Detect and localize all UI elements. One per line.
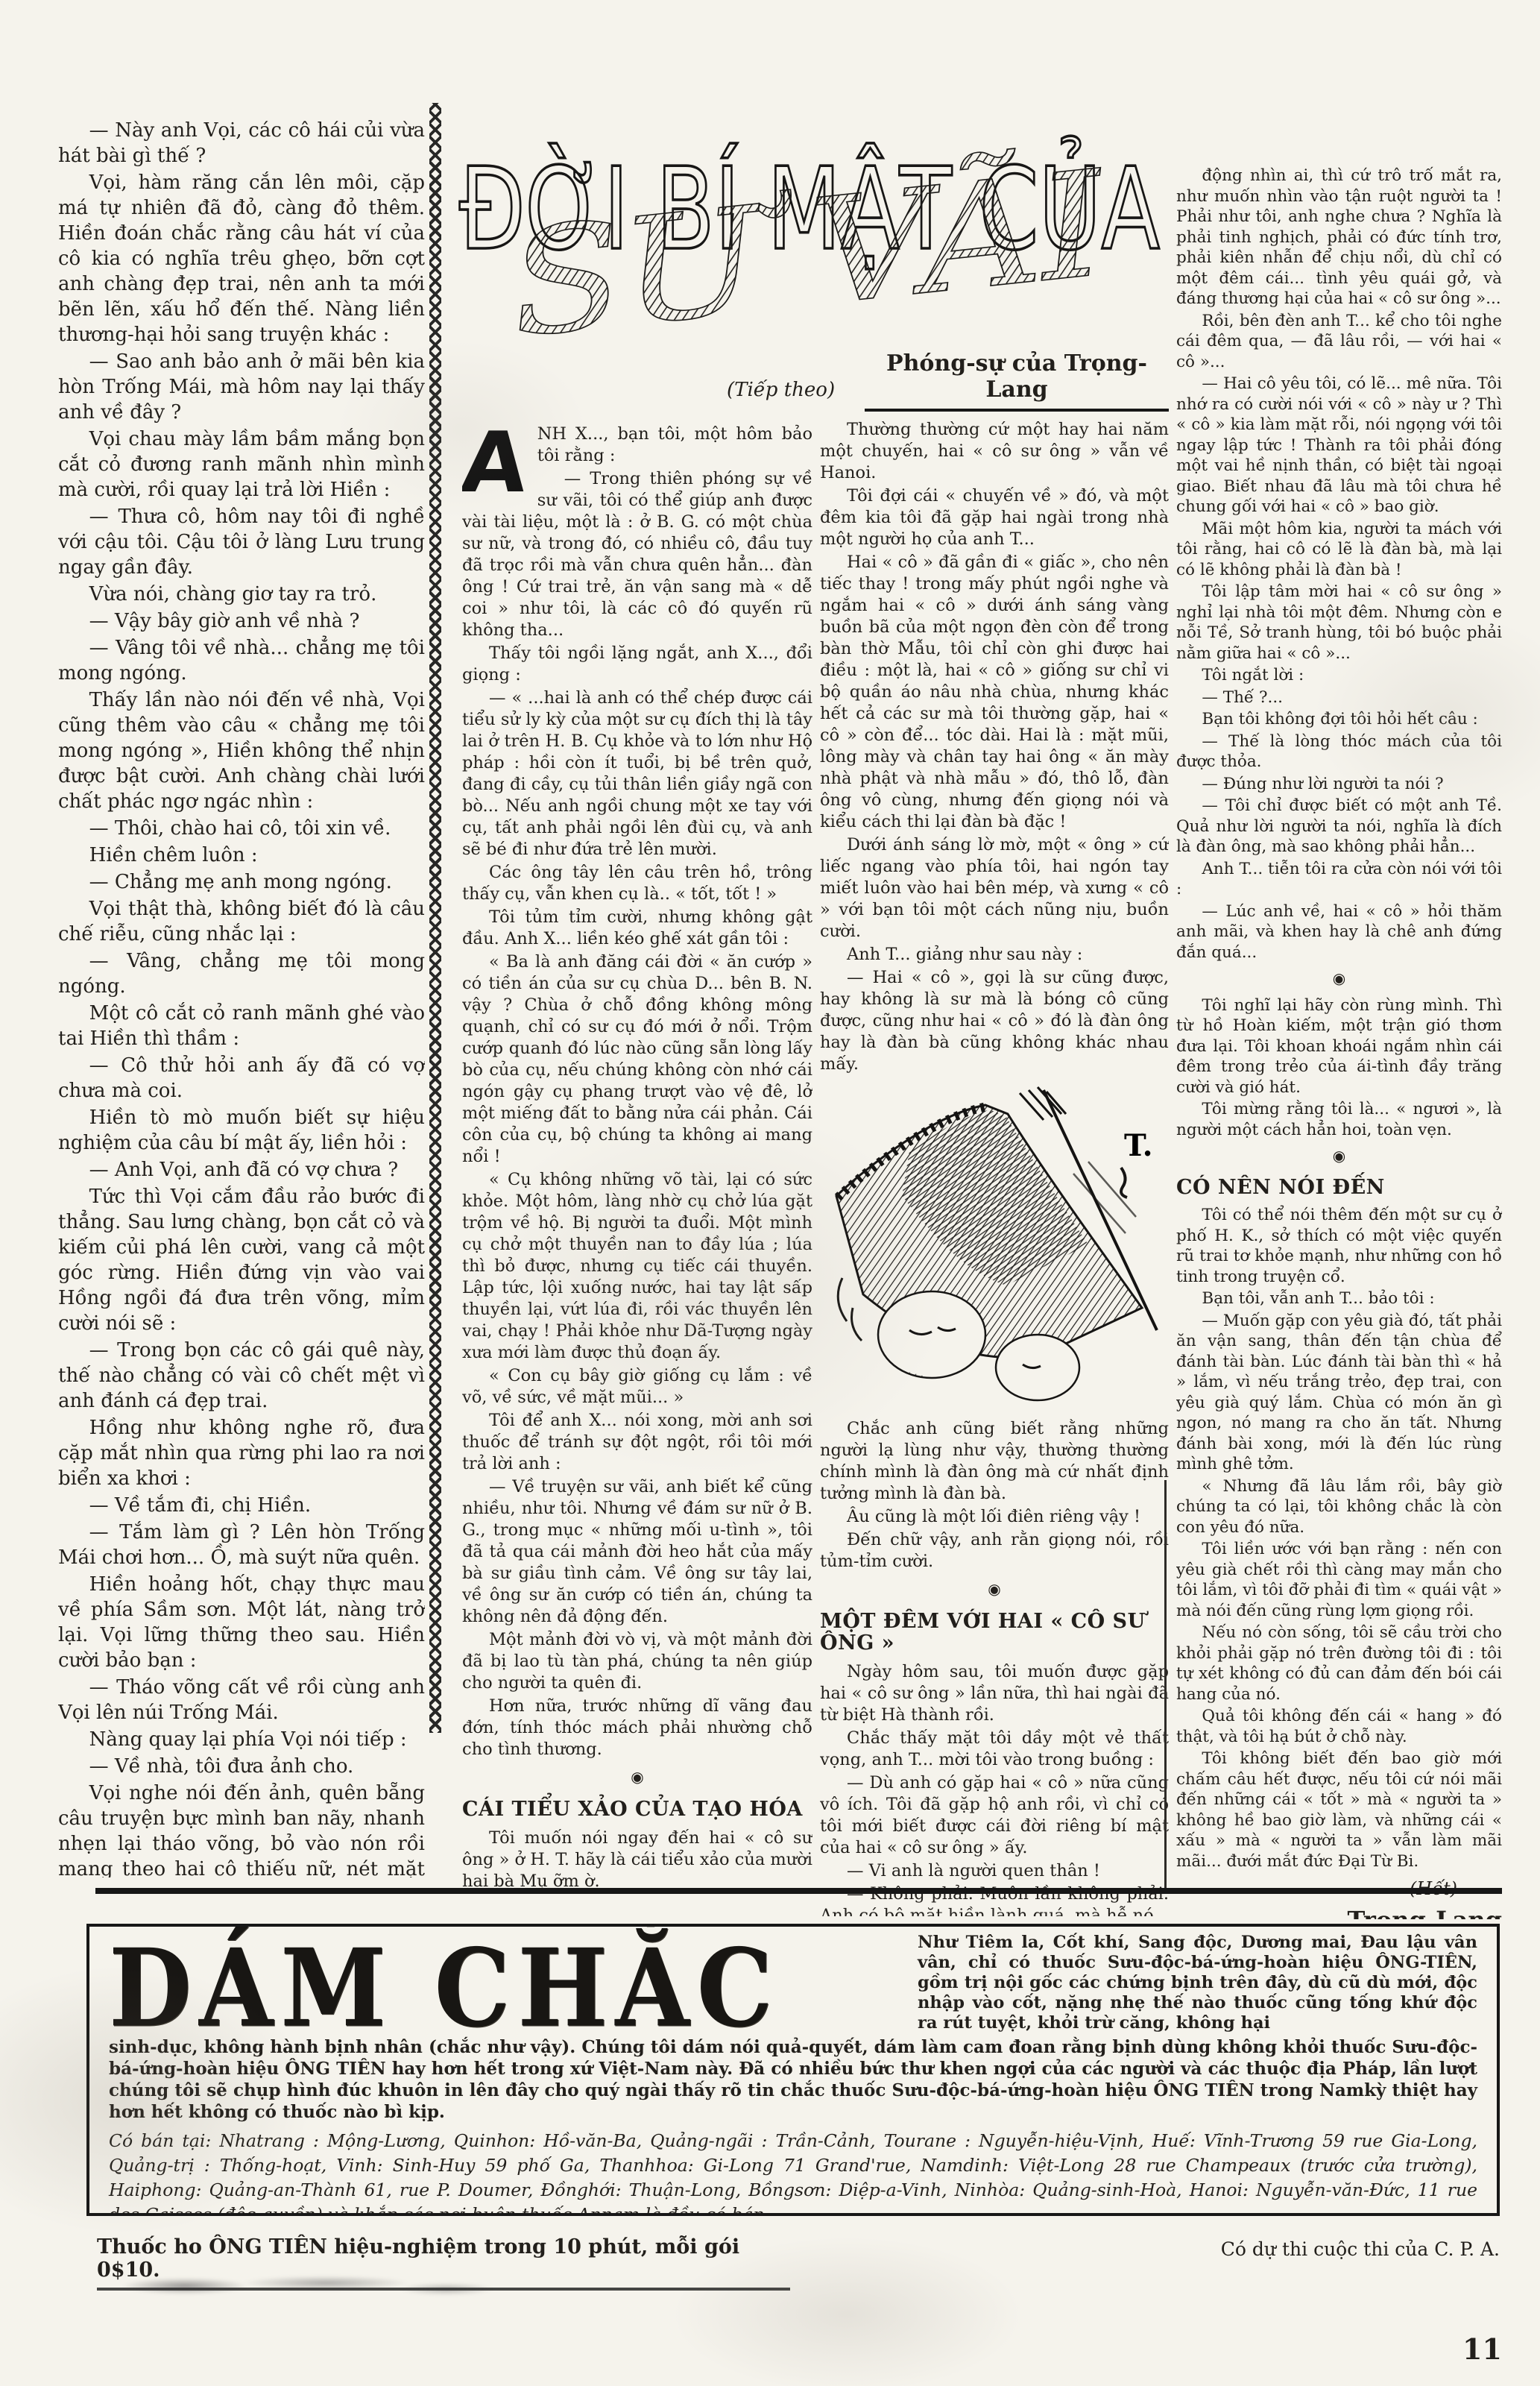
feature-paragraph: Tôi mừng rằng tôi là... « ngươi », là ng… [1176, 1099, 1502, 1140]
story-paragraph: Hiền chêm luôn : [58, 843, 425, 868]
feature-paragraph: Mãi một hôm kia, người ta mách với tôi r… [1176, 519, 1502, 581]
story-paragraph: Tức thì Vọi cắm đầu rảo bước đi thẳng. S… [58, 1184, 425, 1336]
section-heading: CÓ NÊN NÓI ĐẾN [1176, 1177, 1502, 1198]
feature-paragraph: Quả tôi không đến cái « hang » đó thật, … [1176, 1706, 1502, 1747]
feature-paragraph: — Lúc anh về, hai « cô » hỏi thăm anh mã… [1176, 901, 1502, 963]
column-rule [1164, 1480, 1167, 1889]
story-paragraph: — Này anh Vọi, các cô hái củi vừa hát bà… [58, 118, 425, 169]
feature-paragraph: động nhìn ai, thì cứ trô trố mắt ra, như… [1176, 166, 1502, 309]
story-paragraph: — Thưa cô, hôm nay tôi đi nghề với cậu t… [58, 504, 425, 580]
story-paragraph: — Anh Vọi, anh đã có vợ chưa ? [58, 1157, 425, 1183]
feature-paragraph: — Thế ?... [1176, 687, 1502, 708]
feature-paragraph: Chắc thấy mặt tôi dầy một vẻ thất vọng, … [820, 1728, 1169, 1771]
feature-paragraph: Hai « cô » đã gần đi « giấc », cho nên t… [820, 552, 1169, 833]
ad-top-rule [95, 1888, 1502, 1894]
feature-paragraph: Tôi tủm tỉm cười, nhưng không gật đầu. A… [462, 907, 812, 950]
illustration-signature: T. [1124, 1128, 1153, 1163]
page-number: 11 [1462, 2332, 1502, 2366]
section-heading: MỘT ĐÊM VỚI HAI « CÔ SƯ ÔNG » [820, 1611, 1169, 1654]
ad-top-row: DÁM CHẮC Như Tiêm la, Cốt khí, Sang độc,… [109, 1933, 1477, 2033]
feature-paragraph: Tôi không biết đến bao giờ mới chấm câu … [1176, 1748, 1502, 1872]
feature-column-3: động nhìn ai, thì cứ trô trố mắt ra, như… [1176, 166, 1502, 1919]
ad-outlets: Có bán tại: Nhatrang : Mộng-Lương, Quinh… [109, 2129, 1477, 2216]
feature-paragraph: Chắc anh cũng biết rằng những người lạ l… [820, 1418, 1169, 1505]
byline: Phóng-sự của Trọng-Lang [865, 350, 1169, 412]
feature-paragraph: « Cụ không những võ tài, lại có sức khỏe… [462, 1169, 812, 1364]
ink-smudge [104, 2271, 507, 2301]
feature-paragraph: « Nhưng đã lâu lắm rồi, bây giờ chúng ta… [1176, 1476, 1502, 1538]
feature-paragraph: Tôi có thể nói thêm đến một sư cụ ở phố … [1176, 1205, 1502, 1287]
story-paragraph: Vọi, hàm răng cắn lên môi, cặp má tự nhi… [58, 170, 425, 347]
feature-paragraph: Tôi để anh X... nói xong, mời anh sơi th… [462, 1410, 812, 1475]
ad-intro: Như Tiêm la, Cốt khí, Sang độc, Dương ma… [918, 1933, 1477, 2033]
feature-headline: ĐỜI BÍ MẬT CỦA SƯ VÃI [456, 95, 1166, 355]
story-paragraph: — Chẳng mẹ anh mong ngóng. [58, 869, 425, 895]
feature-paragraph: Tôi ngắt lời : [1176, 665, 1502, 686]
feature-paragraph: Nếu nó còn sống, tôi sẽ cầu trời cho khỏ… [1176, 1622, 1502, 1704]
section-divider-icon: ◉ [1176, 1146, 1502, 1167]
feature-paragraph: Thường thường cứ một hay hai năm một chu… [820, 419, 1169, 484]
story-paragraph: Hiền hoảng hốt, chạy thực mau về phía Sầ… [58, 1572, 425, 1673]
feature-paragraph: Đến chữ vậy, anh rằn giọng nói, rồi tủm-… [820, 1529, 1169, 1573]
feature-paragraph: — Dù anh có gặp hai « cô » nữa cũng vô í… [820, 1772, 1169, 1859]
section-heading: CÁI TIỂU XẢO CỦA TẠO HÓA [462, 1798, 812, 1820]
footer-contest-line: Có dự thi cuộc thi của C. P. A. [1163, 2238, 1500, 2260]
story-paragraph: — Vâng, chẳng mẹ tôi mong ngóng. [58, 948, 425, 999]
feature-paragraph: — Vi anh là người quen thân ! [820, 1860, 1169, 1882]
chain-border-ornament [429, 103, 441, 1733]
story-paragraph: — Vậy bây giờ anh về nhà ? [58, 608, 425, 634]
feature-paragraph: Tôi liền ước với bạn rằng : nến con yêu … [1176, 1539, 1502, 1621]
story-paragraph: — Về nhà, tôi đưa ảnh cho. [58, 1754, 425, 1779]
story-paragraph: Vọi chau mày lầm bầm mắng bọn cắt cỏ đươ… [58, 426, 425, 503]
story-paragraph: — Tháo võng cất về rồi cùng anh Vọi lên … [58, 1675, 425, 1725]
feature-paragraph: Anh T... giảng như sau này : [820, 944, 1169, 966]
feature-author: Trọng-Lang [1176, 1910, 1502, 1920]
story-paragraph: — Sao anh bảo anh ở mãi bên kia hòn Trốn… [58, 349, 425, 425]
story-paragraph: — Vâng tôi về nhà... chẳng mẹ tôi mong n… [58, 635, 425, 686]
story-paragraph: Thấy lần nào nói đến về nhà, Vọi cũng th… [58, 687, 425, 814]
left-story-column: — Này anh Vọi, các cô hái củi vừa hát bà… [58, 118, 425, 1877]
feature-paragraph: Thấy tôi ngồi lặng ngắt, anh X..., đổi g… [462, 643, 812, 686]
story-paragraph: Nàng quay lại phía Vọi nói tiếp : [58, 1727, 425, 1752]
feature-paragraph: Các ông tây lên câu trên hồ, trông thấy … [462, 862, 812, 905]
feature-paragraph: Âu cũng là một lối điên riêng vậy ! [820, 1506, 1169, 1528]
feature-paragraph: — Hai « cô », gọi là sư cũng được, hay k… [820, 967, 1169, 1075]
feature-paragraph: — « ...hai là anh có thể chép được cái t… [462, 687, 812, 860]
section-divider-icon: ◉ [462, 1766, 812, 1788]
feature-paragraph: Bạn tôi, vẫn anh T... bảo tôi : [1176, 1288, 1502, 1309]
feature-paragraph: — Đúng như lời người ta nói ? [1176, 774, 1502, 795]
section-divider-icon: ◉ [1176, 969, 1502, 989]
headline-art: ĐỜI BÍ MẬT CỦA SƯ VÃI [456, 95, 1166, 355]
feature-paragraph: — Thế là lòng thóc mách của tôi được thỏ… [1176, 731, 1502, 772]
feature-paragraph: Hơn nữa, trước những dĩ vãng đau đớn, tí… [462, 1696, 812, 1760]
feature-paragraph: Rồi, bên đèn anh T... kể cho tôi nghe cá… [1176, 311, 1502, 373]
feature-paragraph: Tôi nghĩ lại hãy còn rùng mình. Thì từ h… [1176, 995, 1502, 1098]
feature-paragraph: Anh T... tiễn tôi ra cửa còn nói với tôi… [1176, 859, 1502, 900]
feature-paragraph: Tôi đợi cái « chuyến về » đó, và một đêm… [820, 485, 1169, 550]
story-paragraph: — Tắm làm gì ? Lên hòn Trống Mái chơi hơ… [58, 1520, 425, 1570]
opening-text: NH X..., bạn tôi, một hôm bảo tôi rằng : [537, 424, 812, 465]
story-paragraph: — Cô thử hỏi anh ấy đã có vợ chưa mà coi… [58, 1053, 425, 1104]
story-paragraph: Một cô cắt cỏ ranh mãnh ghé vào tai Hiền… [58, 1001, 425, 1051]
feature-paragraph: Tôi lập tâm mời hai « cô sư ông » nghỉ l… [1176, 582, 1502, 664]
ad-title: DÁM CHẮC [109, 1933, 895, 2045]
feature-paragraph: « Con cụ bây giờ giống cụ lắm : về võ, v… [462, 1365, 812, 1408]
continuation-note: (Tiếp theo) [727, 379, 876, 401]
feature-column-1: ANH X..., bạn tôi, một hôm bảo tôi rằng … [462, 424, 812, 1907]
feature-paragraph: — Muốn gặp con yêu già đó, tất phải ăn v… [1176, 1311, 1502, 1475]
story-paragraph: Hồng như không nghe rõ, đưa cặp mắt nhìn… [58, 1415, 425, 1491]
drop-cap: A [462, 429, 531, 498]
feature-paragraph: — Tôi chỉ được biết có một anh Tề. Quả n… [1176, 796, 1502, 857]
feature-paragraph: Dưới ánh sáng lờ mờ, một « ông » cứ liếc… [820, 834, 1169, 942]
section-divider-icon: ◉ [820, 1578, 1169, 1600]
feature-paragraph: Tôi muốn nói ngay đến hai « cô sư ông » … [462, 1828, 812, 1892]
story-paragraph: Vừa nói, chàng giơ tay ra trỏ. [58, 582, 425, 607]
feature-paragraph: — Hai cô yêu tôi, có lẽ... mê nữa. Tôi n… [1176, 374, 1502, 517]
feature-paragraph: Ngày hôm sau, tôi muốn được gặp hai « cô… [820, 1661, 1169, 1726]
feature-paragraph: — Về truyện sư vãi, anh biết kể cũng nhi… [462, 1476, 812, 1628]
story-paragraph: Vọi thật thà, không biết đó là câu chế r… [58, 896, 425, 947]
illustration-svg: T. [820, 1084, 1167, 1405]
feature-paragraph: Bạn tôi không đợi tôi hỏi hết câu : [1176, 709, 1502, 730]
opening-paragraph: ANH X..., bạn tôi, một hôm bảo tôi rằng … [462, 424, 812, 467]
story-paragraph: — Thôi, chào hai cô, tôi xin về. [58, 816, 425, 841]
feature-paragraph: Một mảnh đời vò vị, và một mảnh đời đã b… [462, 1629, 812, 1694]
feature-column-2: Thường thường cứ một hay hai năm một chu… [820, 419, 1169, 1916]
ad-box: DÁM CHẮC Như Tiêm la, Cốt khí, Sang độc,… [86, 1924, 1500, 2216]
story-paragraph: Vọi nghe nói đến ảnh, quên bẵng câu truy… [58, 1781, 425, 1877]
story-paragraph: — Trong bọn các cô gái quê này, thế nào … [58, 1338, 425, 1414]
newspaper-page: { "divider_glyph": "◉", "left_story": { … [0, 0, 1540, 2386]
illustration: T. [820, 1084, 1169, 1411]
story-paragraph: — Về tắm đi, chị Hiền. [58, 1493, 425, 1518]
story-paragraph: Hiền tò mò muốn biết sự hiệu nghiệm của … [58, 1105, 425, 1156]
feature-paragraph: « Ba là anh đăng cái đời « ăn cướp » có … [462, 951, 812, 1168]
